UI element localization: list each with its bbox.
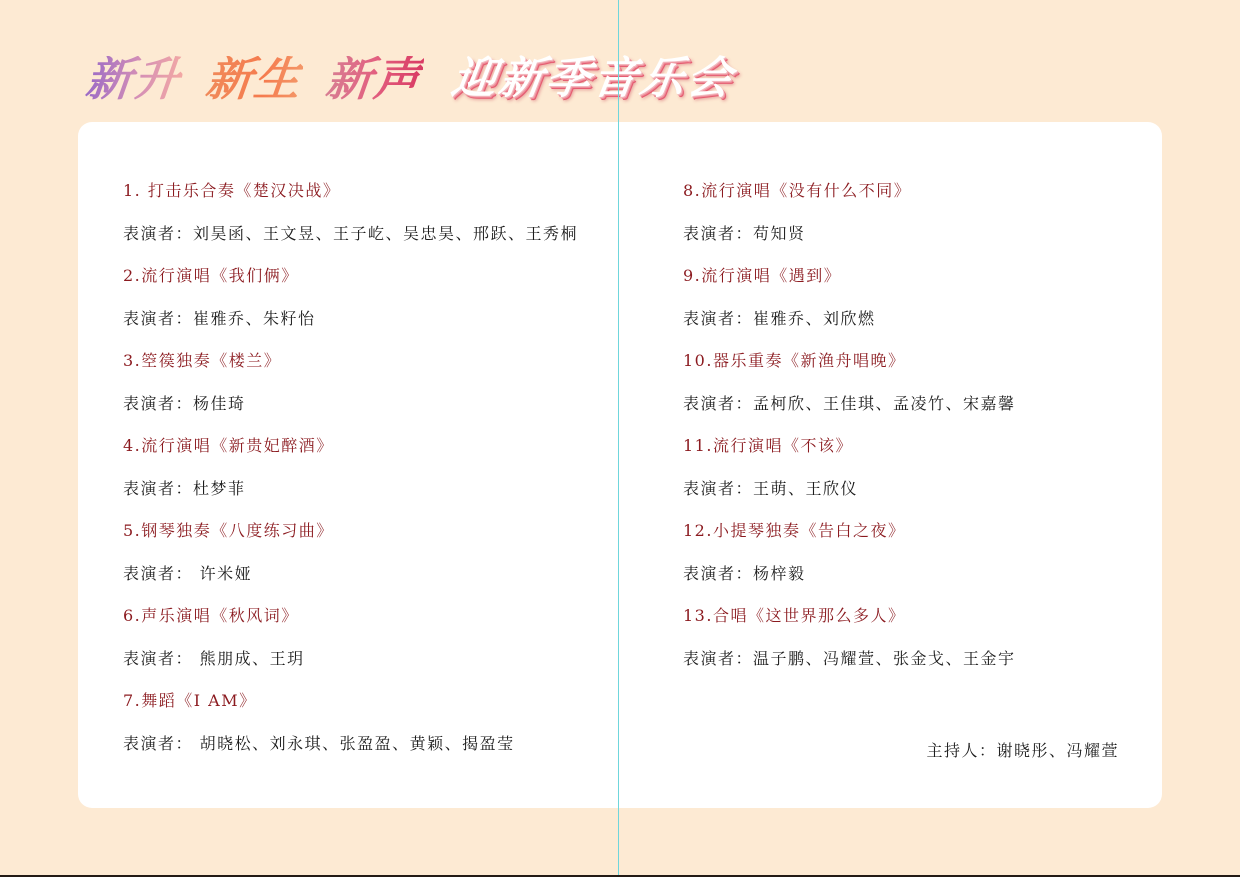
program-item-9: 9.流行演唱《遇到》 表演者：崔雅乔、刘欣燃 — [683, 261, 1016, 346]
concert-title: 迎新季音乐会 — [449, 57, 737, 101]
program-title: 6.声乐演唱《秋风词》 — [123, 601, 578, 644]
program-performers: 表演者：杨佳琦 — [123, 389, 578, 431]
host-credits: 主持人：谢晓彤、冯耀萱 — [926, 738, 1119, 761]
program-title: 13.合唱《这世界那么多人》 — [683, 601, 1016, 644]
program-item-4: 4.流行演唱《新贵妃醉酒》 表演者：杜梦菲 — [123, 431, 578, 516]
program-title: 11.流行演唱《不该》 — [683, 431, 1016, 474]
program-item-10: 10.器乐重奏《新渔舟唱晚》 表演者：孟柯欣、王佳琪、孟凌竹、宋嘉馨 — [683, 346, 1016, 431]
program-item-6: 6.声乐演唱《秋风词》 表演者： 熊朋成、王玥 — [123, 601, 578, 686]
program-item-3: 3.箜篌独奏《楼兰》 表演者：杨佳琦 — [123, 346, 578, 431]
program-title: 5.钢琴独奏《八度练习曲》 — [123, 516, 578, 559]
program-performers: 表演者：崔雅乔、朱籽怡 — [123, 304, 578, 346]
program-item-5: 5.钢琴独奏《八度练习曲》 表演者： 许米娅 — [123, 516, 578, 601]
program-performers: 表演者：苟知贤 — [683, 219, 1016, 261]
program-title: 3.箜篌独奏《楼兰》 — [123, 346, 578, 389]
program-performers: 表演者：温子鹏、冯耀萱、张金戈、王金宇 — [683, 644, 1016, 686]
program-title: 4.流行演唱《新贵妃醉酒》 — [123, 431, 578, 474]
slogan-word-2: 新生 — [204, 56, 305, 102]
program-title: 2.流行演唱《我们俩》 — [123, 261, 578, 304]
program-item-8: 8.流行演唱《没有什么不同》 表演者：苟知贤 — [683, 176, 1016, 261]
program-performers: 表演者：崔雅乔、刘欣燃 — [683, 304, 1016, 346]
program-title: 12.小提琴独奏《告白之夜》 — [683, 516, 1016, 559]
program-item-11: 11.流行演唱《不该》 表演者：王萌、王欣仪 — [683, 431, 1016, 516]
program-title: 8.流行演唱《没有什么不同》 — [683, 176, 1016, 219]
program-item-1: 1. 打击乐合奏《楚汉决战》 表演者：刘昊函、王文昱、王子屹、吴忠昊、邢跃、王秀… — [123, 176, 578, 261]
program-performers: 表演者： 许米娅 — [123, 559, 578, 601]
program-title: 9.流行演唱《遇到》 — [683, 261, 1016, 304]
program-item-13: 13.合唱《这世界那么多人》 表演者：温子鹏、冯耀萱、张金戈、王金宇 — [683, 601, 1016, 686]
program-performers: 表演者：刘昊函、王文昱、王子屹、吴忠昊、邢跃、王秀桐 — [123, 219, 578, 261]
program-performers: 表演者： 胡晓松、刘永琪、张盈盈、黄颖、揭盈莹 — [123, 729, 578, 771]
slogan-word-1: 新升 — [84, 56, 185, 102]
slogan-word-3: 新声 — [324, 56, 425, 102]
title-banner: 新升 新生 新声 迎新季音乐会 — [86, 44, 734, 114]
program-item-2: 2.流行演唱《我们俩》 表演者：崔雅乔、朱籽怡 — [123, 261, 578, 346]
program-performers: 表演者：王萌、王欣仪 — [683, 474, 1016, 516]
program-item-12: 12.小提琴独奏《告白之夜》 表演者：杨梓毅 — [683, 516, 1016, 601]
program-title: 7.舞蹈《I AM》 — [123, 686, 578, 729]
program-item-7: 7.舞蹈《I AM》 表演者： 胡晓松、刘永琪、张盈盈、黄颖、揭盈莹 — [123, 686, 578, 771]
program-card: 1. 打击乐合奏《楚汉决战》 表演者：刘昊函、王文昱、王子屹、吴忠昊、邢跃、王秀… — [78, 122, 1162, 808]
program-performers: 表演者：孟柯欣、王佳琪、孟凌竹、宋嘉馨 — [683, 389, 1016, 431]
program-column-right: 8.流行演唱《没有什么不同》 表演者：苟知贤 9.流行演唱《遇到》 表演者：崔雅… — [683, 176, 1016, 686]
program-title: 1. 打击乐合奏《楚汉决战》 — [123, 176, 578, 219]
program-performers: 表演者：杜梦菲 — [123, 474, 578, 516]
vertical-guide-line — [618, 0, 619, 875]
program-title: 10.器乐重奏《新渔舟唱晚》 — [683, 346, 1016, 389]
program-column-left: 1. 打击乐合奏《楚汉决战》 表演者：刘昊函、王文昱、王子屹、吴忠昊、邢跃、王秀… — [123, 176, 578, 771]
program-performers: 表演者：杨梓毅 — [683, 559, 1016, 601]
program-performers: 表演者： 熊朋成、王玥 — [123, 644, 578, 686]
